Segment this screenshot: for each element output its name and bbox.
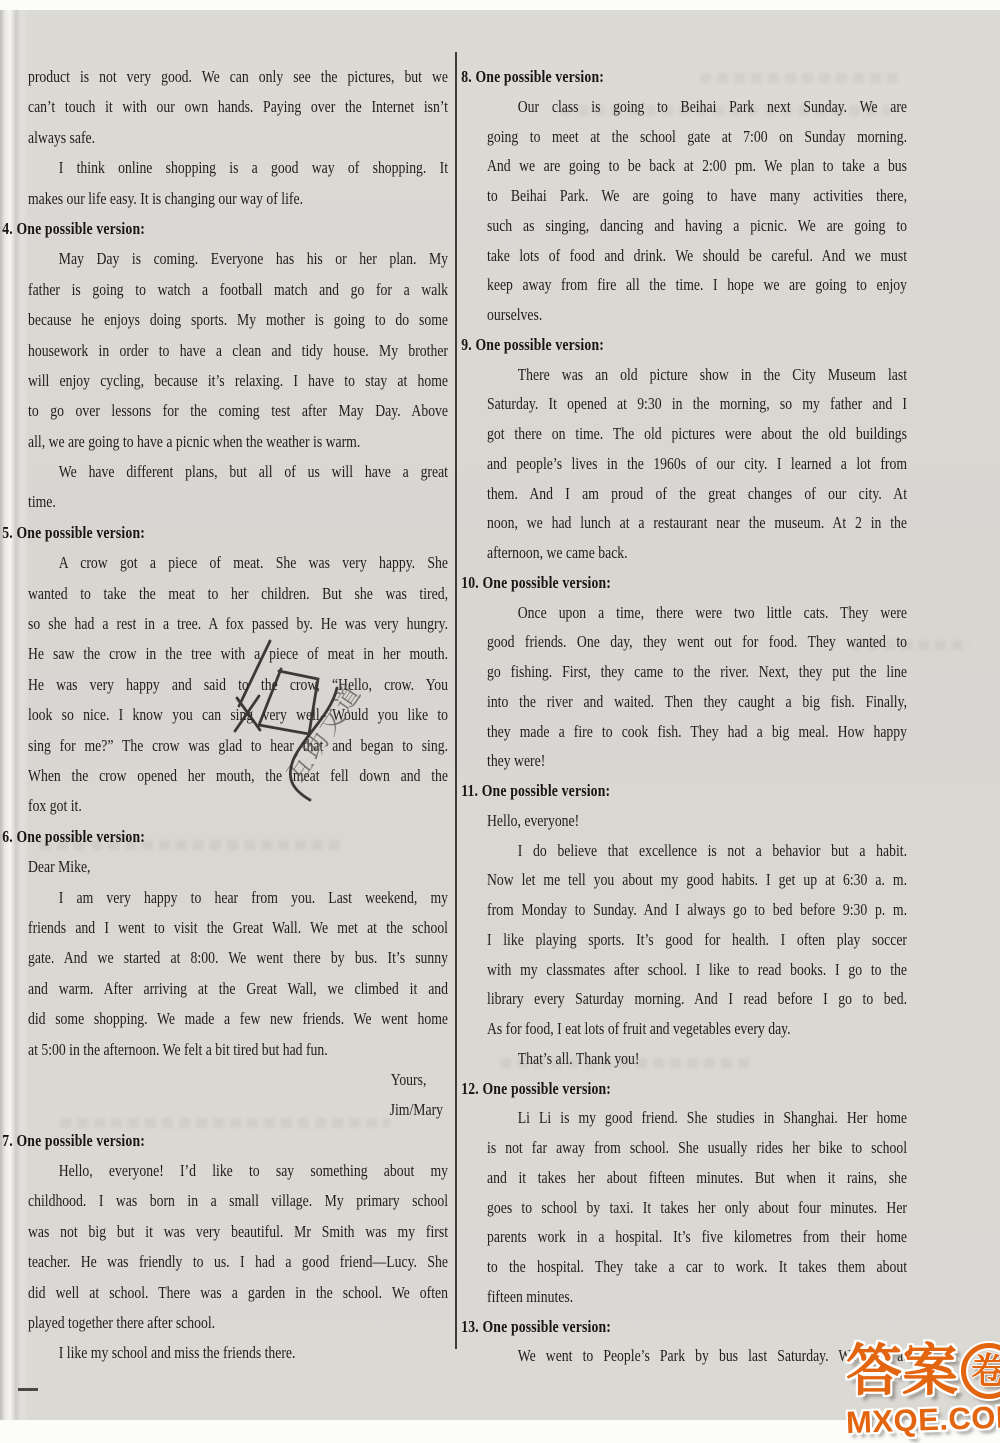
text-line: makes our life easy. It is changing our … (28, 184, 448, 214)
text-line: to go over lessons for the coming test a… (28, 396, 448, 426)
text-line: And we are going to be back at 2:00 pm. … (487, 151, 907, 181)
text-line: I do believe that excellence is not a be… (487, 836, 907, 866)
text-line: goes to school by taxi. It takes her onl… (487, 1193, 907, 1223)
text-line: go fishing. First, they came to the rive… (487, 657, 907, 687)
text-line: gate. And we started at 8:00. We went th… (28, 943, 448, 973)
brand-prefix-characters: 答案 (846, 1342, 958, 1400)
text-line: so she had a rest in a tree. A fox passe… (28, 609, 448, 639)
text-line: I like my school and miss the friends th… (28, 1338, 448, 1368)
text-line: I like playing sports. It’s good for hea… (487, 925, 907, 955)
text-line: Li Li is my good friend. She studies in … (487, 1103, 907, 1133)
text-line: I think online shopping is a good way of… (28, 153, 448, 183)
text-line: May Day is coming. Everyone has his or h… (28, 244, 448, 274)
text-line: to Beihai Park. We are going to have man… (487, 181, 907, 211)
text-line: Hello, everyone! I’d like to say somethi… (28, 1156, 448, 1186)
text-line: wanted to take the meat to her children.… (28, 579, 448, 609)
text-line: got there on time. The old pictures were… (487, 419, 907, 449)
text-line: good friends. One day, they went out for… (487, 627, 907, 657)
section-heading: 12. One possible version: (461, 1074, 907, 1104)
section-heading: 5. One possible version: (2, 518, 448, 548)
text-line: is not far away from school. She usually… (487, 1133, 907, 1163)
text-line: such as singing, dancing and having a pi… (487, 211, 907, 241)
handwritten-scribble (230, 638, 370, 816)
text-line: Once upon a time, there were two little … (487, 598, 907, 628)
text-line: and it takes her about fifteen minutes. … (487, 1163, 907, 1193)
text-line: played together there after school. (28, 1308, 448, 1338)
text-line: Jim/Mary (28, 1095, 448, 1125)
text-line: product is not very good. We can only se… (28, 62, 448, 92)
text-line: Dear Mike, (28, 852, 448, 882)
text-line: to the hospital. They take a car to work… (487, 1252, 907, 1282)
text-line: father is going to watch a football matc… (28, 275, 448, 305)
text-line: from Monday to Sunday. And I always go t… (487, 895, 907, 925)
text-line: with my classmates after school. I like … (487, 955, 907, 985)
text-line: Our class is going to Beihai Park next S… (487, 92, 907, 122)
section-heading: 8. One possible version: (461, 62, 907, 92)
text-line: afternoon, we came back. (487, 538, 907, 568)
text-line: fifteen minutes. (487, 1282, 907, 1312)
text-line: keep away from fire all the time. I hope… (487, 270, 907, 300)
text-line: library every Saturday morning. And I re… (487, 984, 907, 1014)
text-line: Now let me tell you about my good habits… (487, 865, 907, 895)
text-line: That’s all. Thank you! (487, 1044, 907, 1074)
text-line: A crow got a piece of meat. She was very… (28, 548, 448, 578)
text-line: and people’s lives in the 1960s of our c… (487, 449, 907, 479)
brand-chinese-wordmark: 答案 卷 (846, 1342, 1000, 1400)
text-line: We have different plans, but all of us w… (28, 457, 448, 487)
scanned-answer-page: { "document": { "watermark_text": "互助文道"… (0, 0, 1000, 1443)
right-column: 8. One possible version:Our class is goi… (487, 62, 907, 1371)
text-line: friends and I went to visit the Great Wa… (28, 913, 448, 943)
text-line: time. (28, 487, 448, 517)
text-line: teacher. He was friendly to us. I had a … (28, 1247, 448, 1277)
text-line: Yours, (28, 1065, 448, 1095)
text-line: Hello, everyone! (487, 806, 907, 836)
text-line: and warm. After arriving at the Great Wa… (28, 974, 448, 1004)
text-line: all, we are going to have a picnic when … (28, 427, 448, 457)
text-line: was not big but it was very beautiful. M… (28, 1217, 448, 1247)
text-line: they made a fire to cook fish. They had … (487, 717, 907, 747)
text-line: can’t touch it with our own hands. Payin… (28, 92, 448, 122)
text-line: childhood. I was born in a small village… (28, 1186, 448, 1216)
brand-circle-icon: 卷 (961, 1343, 1000, 1399)
text-line: Saturday. It opened at 9:30 in the morni… (487, 389, 907, 419)
text-line: take lots of food and drink. We should b… (487, 241, 907, 271)
section-heading: 6. One possible version: (2, 822, 448, 852)
text-line: them. And I am proud of the great change… (487, 479, 907, 509)
text-line: parents work in a hospital. It’s five ki… (487, 1222, 907, 1252)
text-line: will enjoy cycling, because it’s relaxin… (28, 366, 448, 396)
section-heading: 11. One possible version: (461, 776, 907, 806)
text-line: always safe. (28, 123, 448, 153)
section-heading: 7. One possible version: (2, 1126, 448, 1156)
text-line: We went to People’s Park by bus last Sat… (487, 1341, 907, 1371)
section-heading: 13. One possible version: (461, 1312, 907, 1342)
section-heading: 4. One possible version: (2, 214, 448, 244)
text-line: at 5:00 in the afternoon. We felt a bit … (28, 1035, 448, 1065)
text-line: they were! (487, 746, 907, 776)
text-line: There was an old picture show in the Cit… (487, 360, 907, 390)
text-line: housework in order to have a clean and t… (28, 336, 448, 366)
section-heading: 9. One possible version: (461, 330, 907, 360)
page-number-dash (18, 1388, 38, 1391)
text-line: into the river and waited. Then they cau… (487, 687, 907, 717)
text-line: noon, we had lunch at a restaurant near … (487, 508, 907, 538)
text-line: did well at school. There was a garden i… (28, 1278, 448, 1308)
text-line: As for food, I eat lots of fruit and veg… (487, 1014, 907, 1044)
text-line: going to meet at the school gate at 7:00… (487, 122, 907, 152)
answer-circle-logo: 答案 卷 MXQE.COM (846, 1342, 1000, 1438)
text-line: I am very happy to hear from you. Last w… (28, 883, 448, 913)
column-divider-rule (455, 52, 457, 1349)
text-line: did some shopping. We made a few new fri… (28, 1004, 448, 1034)
text-line: ourselves. (487, 300, 907, 330)
brand-site-url: MXQE.COM (845, 1399, 1000, 1441)
section-heading: 10. One possible version: (461, 568, 907, 598)
text-line: because he enjoys doing sports. My mothe… (28, 305, 448, 335)
